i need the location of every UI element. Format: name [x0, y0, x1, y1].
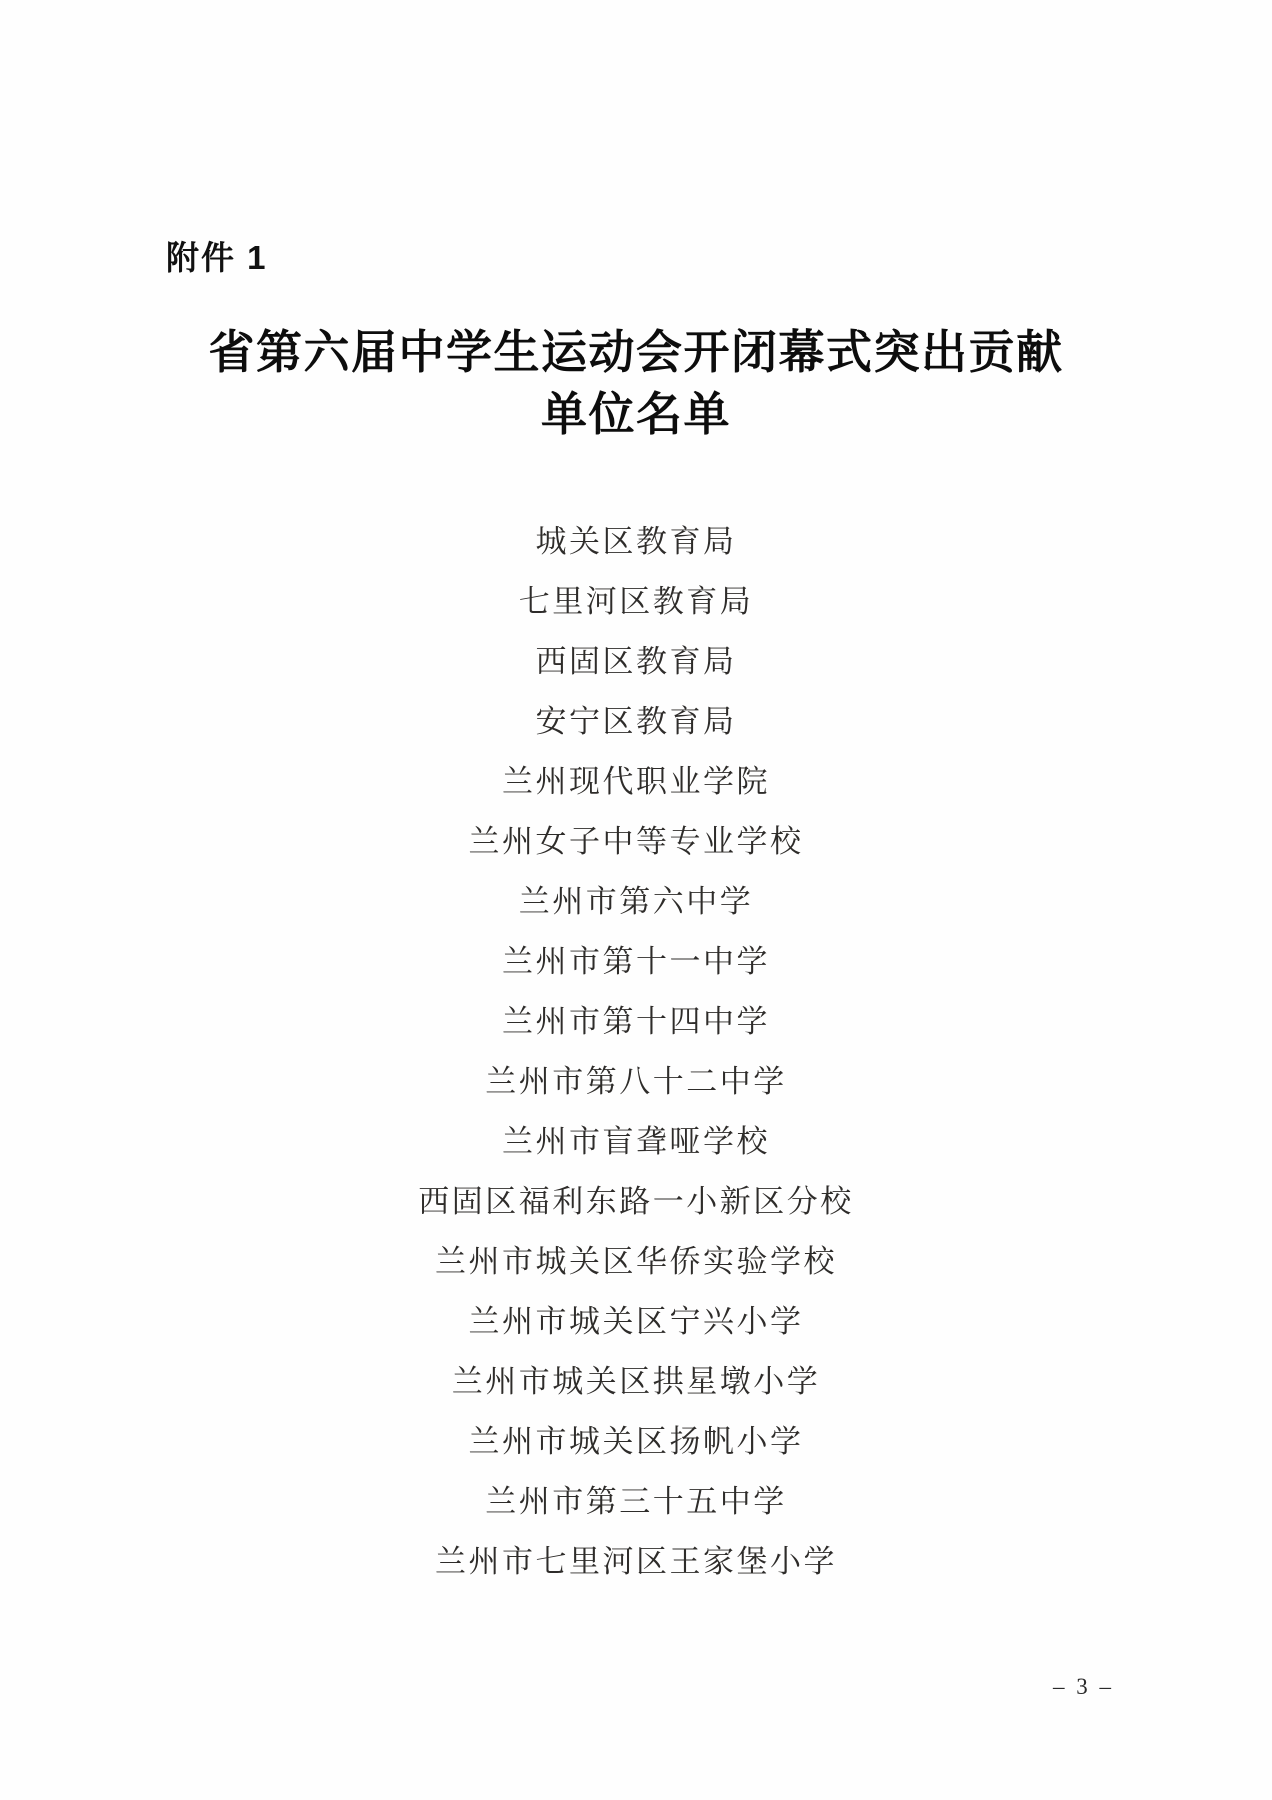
- unit-list-item: 兰州市城关区扬帆小学: [0, 1412, 1272, 1472]
- unit-list-item: 兰州市第十四中学: [0, 992, 1272, 1052]
- unit-list-item: 兰州市城关区华侨实验学校: [0, 1232, 1272, 1292]
- unit-list-item: 安宁区教育局: [0, 692, 1272, 752]
- document-title-line-2: 单位名单: [0, 384, 1272, 446]
- page-number: – 3 –: [1053, 1674, 1114, 1700]
- unit-list: 城关区教育局七里河区教育局西固区教育局安宁区教育局兰州现代职业学院兰州女子中等专…: [0, 512, 1272, 1592]
- attachment-label: 附件 1: [166, 232, 268, 279]
- unit-list-item: 兰州市盲聋哑学校: [0, 1112, 1272, 1172]
- unit-list-item: 西固区教育局: [0, 632, 1272, 692]
- unit-list-item: 兰州市城关区宁兴小学: [0, 1292, 1272, 1352]
- unit-list-item: 兰州市第八十二中学: [0, 1052, 1272, 1112]
- document-title: 省第六届中学生运动会开闭幕式突出贡献 单位名单: [0, 322, 1272, 446]
- unit-list-item: 兰州市第三十五中学: [0, 1472, 1272, 1532]
- unit-list-item: 兰州市七里河区王家堡小学: [0, 1532, 1272, 1592]
- unit-list-item: 兰州女子中等专业学校: [0, 812, 1272, 872]
- unit-list-item: 西固区福利东路一小新区分校: [0, 1172, 1272, 1232]
- unit-list-item: 兰州市第十一中学: [0, 932, 1272, 992]
- unit-list-item: 兰州市城关区拱星墩小学: [0, 1352, 1272, 1412]
- document-title-line-1: 省第六届中学生运动会开闭幕式突出贡献: [0, 322, 1272, 384]
- unit-list-item: 七里河区教育局: [0, 572, 1272, 632]
- unit-list-item: 兰州现代职业学院: [0, 752, 1272, 812]
- unit-list-item: 兰州市第六中学: [0, 872, 1272, 932]
- unit-list-item: 城关区教育局: [0, 512, 1272, 572]
- document-page: 附件 1 省第六届中学生运动会开闭幕式突出贡献 单位名单 城关区教育局七里河区教…: [0, 0, 1272, 1800]
